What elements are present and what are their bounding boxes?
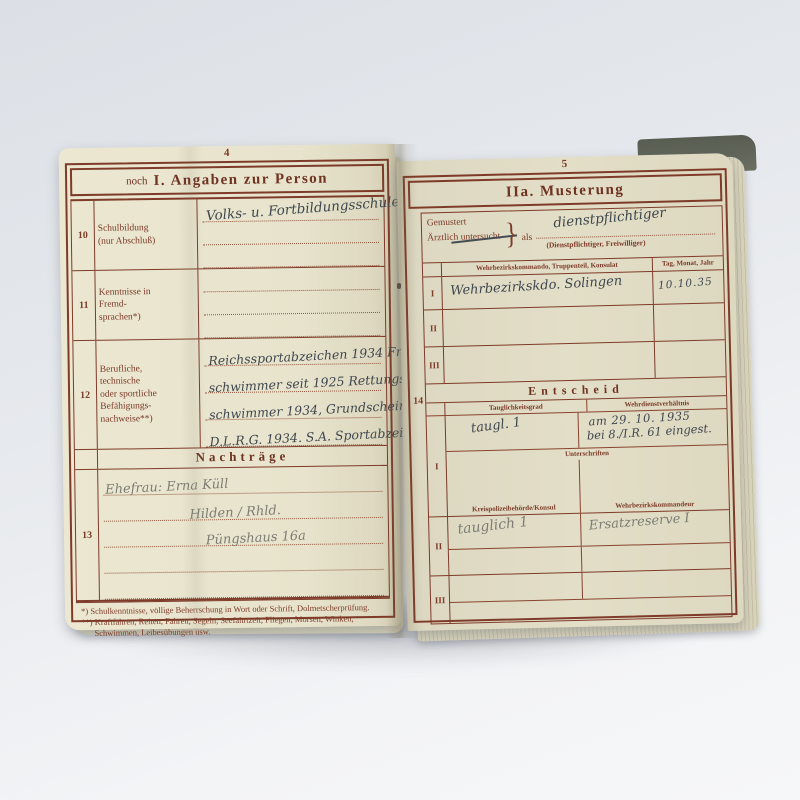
handwritten-date: 10.10.35	[658, 276, 714, 292]
footnote-2: **) Kraftfahren, Reiten, Fahren, Segeln,…	[81, 613, 387, 639]
blank-cell	[582, 543, 731, 572]
entry-line	[204, 313, 380, 338]
right-page-header: IIa. Musterung	[408, 173, 723, 209]
entry-line	[104, 544, 383, 574]
section-body: tauglich 1 Ersatzreserve I	[448, 510, 730, 575]
row-numeral: III	[425, 347, 445, 383]
handwritten-grad-pencil: tauglich 1	[457, 514, 529, 538]
aerztlich-label: Ärztlich untersucht	[427, 229, 500, 245]
date-cell	[655, 340, 726, 378]
right-page: 5 IIa. Musterung 14 Gemustert Ärztlich u…	[396, 153, 743, 631]
blank-cell	[449, 573, 583, 602]
entscheid-section-I: I taugl. 1 am 29. 10. 1935 bei 8./I.R. 6…	[427, 409, 729, 517]
section-numeral: III	[430, 576, 450, 623]
left-page-number: 4	[224, 147, 230, 159]
numeral-column-spacer	[423, 263, 442, 276]
entry-line: Hilden / Rhld.	[104, 492, 383, 522]
right-page-border: IIa. Musterung 14 Gemustert Ärztlich unt…	[403, 168, 738, 623]
handwritten-org: Wehrbezirkskdo. Solingen	[450, 274, 623, 299]
verh-cell: Ersatzreserve I	[581, 510, 730, 546]
row-number: 13	[75, 470, 100, 600]
row-label: Kenntnisse in Fremd- sprachen*)	[95, 269, 199, 339]
signature-space	[447, 456, 729, 504]
entry-line	[204, 290, 380, 315]
entry-line	[203, 243, 379, 268]
table-row-11: 11 Kenntnisse in Fremd- sprachen*)	[72, 267, 385, 341]
entry-line: schwimmer seit 1925 Rettungs-	[205, 364, 381, 393]
verh-cell: am 29. 10. 1935 bei 8./I.R. 61 eingest.	[579, 409, 728, 448]
row-entry: Volks- u. Fortbildungsschule	[197, 197, 384, 269]
photo-of-wehrpass: 4 noch I. Angaben zur Person 10 Schulbil…	[0, 0, 800, 800]
left-page: 4 noch I. Angaben zur Person 10 Schulbil…	[59, 144, 402, 631]
entry-line: D.L.R.G. 1934. S.A. Sportabzeichen	[205, 418, 381, 447]
header-prefix: noch	[126, 175, 148, 187]
left-page-border: noch I. Angaben zur Person 10 Schulbildu…	[65, 159, 395, 622]
row-numeral: II	[424, 310, 444, 346]
numeral-column-spacer	[426, 403, 445, 415]
org-cell: Wehrbezirkskdo. Solingen	[442, 272, 654, 309]
signature-cell	[447, 460, 581, 504]
musterung-table: Gemustert Ärztlich untersucht } als dien…	[421, 205, 733, 624]
entry-line: schwimmer 1934, Grundschein der	[205, 391, 381, 420]
header-title: IIa. Musterung	[506, 181, 625, 201]
table-row-12: 12 Berufliche, technische oder sportlich…	[73, 337, 386, 450]
brace-glyph: }	[505, 214, 518, 260]
section-body: taugl. 1 am 29. 10. 1935 bei 8./I.R. 61 …	[446, 409, 729, 516]
row-entry: Reichssportabzeichen 1934 Frei- schwimme…	[199, 337, 386, 448]
handwritten-grad: taugl. 1	[470, 415, 522, 436]
grad-cell: tauglich 1	[448, 514, 582, 549]
section-body	[449, 569, 731, 623]
table-row-10: 10 Schulbildung (nur Abschluß) Volks- u.…	[71, 197, 384, 271]
date-cell	[654, 303, 725, 341]
label-line: (nur Abschluß)	[98, 234, 194, 248]
section-numeral: I	[427, 416, 448, 516]
signature-cell	[580, 456, 729, 501]
right-page-number: 5	[562, 158, 568, 170]
paper-speck	[397, 283, 401, 289]
entry-line	[203, 220, 379, 245]
item-number-14: 14	[413, 396, 423, 407]
als-label: als	[522, 233, 533, 243]
footnotes: *) Schulkenntnisse, völlige Beherrschung…	[81, 602, 387, 639]
gemustert-labels: Gemustert Ärztlich untersucht	[427, 215, 501, 263]
org-cell	[444, 342, 656, 383]
row-number: 12	[73, 341, 98, 449]
row-entry	[198, 267, 385, 339]
gemustert-entry-area: dienstpflichtiger (Dienstpflichtiger, Fr…	[536, 209, 718, 259]
row-label: Berufliche, technische oder sportliche B…	[96, 339, 200, 448]
grad-cell: taugl. 1	[446, 413, 580, 451]
row-number: 10	[71, 201, 95, 270]
gemustert-row: Gemustert Ärztlich untersucht } als dien…	[422, 206, 723, 263]
status-hint: (Dienstpflichtiger, Freiwilliger)	[546, 238, 645, 249]
entry-line: Volks- u. Fortbildungsschule	[202, 197, 378, 222]
table-row-13: 13 Ehefrau: Erna Küll Hilden / Rhld. Pün…	[75, 466, 389, 602]
row-numeral: I	[423, 277, 443, 309]
entscheid-section-II: II tauglich 1 Ersatzreserve I	[429, 510, 730, 576]
date-cell: 10.10.35	[653, 270, 724, 304]
row-number-spacer	[75, 450, 98, 469]
header-title: I. Angaben zur Person	[153, 170, 328, 189]
person-table: 10 Schulbildung (nur Abschluß) Volks- u.…	[70, 195, 390, 603]
entry-line: Ehefrau: Erna Küll	[103, 466, 382, 496]
row-label: Schulbildung (nur Abschluß)	[94, 199, 198, 269]
entry-line: Püngshaus 16a	[104, 518, 383, 548]
label-line: nachweise**)	[100, 412, 196, 426]
blank-cell	[582, 569, 731, 599]
left-page-header: noch I. Angaben zur Person	[70, 164, 384, 196]
entry-line	[105, 570, 384, 600]
row-number: 11	[72, 271, 96, 340]
date-column-header: Tag, Monat, Jahr	[653, 256, 723, 271]
entry-line: Reichssportabzeichen 1934 Frei-	[204, 337, 380, 366]
blank-cell	[449, 547, 583, 575]
handwritten-verh-pencil: Ersatzreserve I	[588, 511, 690, 534]
nachtraege-header: Nachträge	[98, 446, 387, 469]
handwritten-status: dienstpflichtiger	[553, 205, 667, 232]
entscheid-section-III: III	[430, 569, 731, 623]
entry-line	[203, 267, 379, 292]
org-cell	[443, 305, 655, 346]
section-numeral: II	[429, 517, 449, 575]
label-line: sprachen*)	[99, 310, 195, 324]
row-entry: Ehefrau: Erna Küll Hilden / Rhld. Püngsh…	[98, 466, 389, 600]
